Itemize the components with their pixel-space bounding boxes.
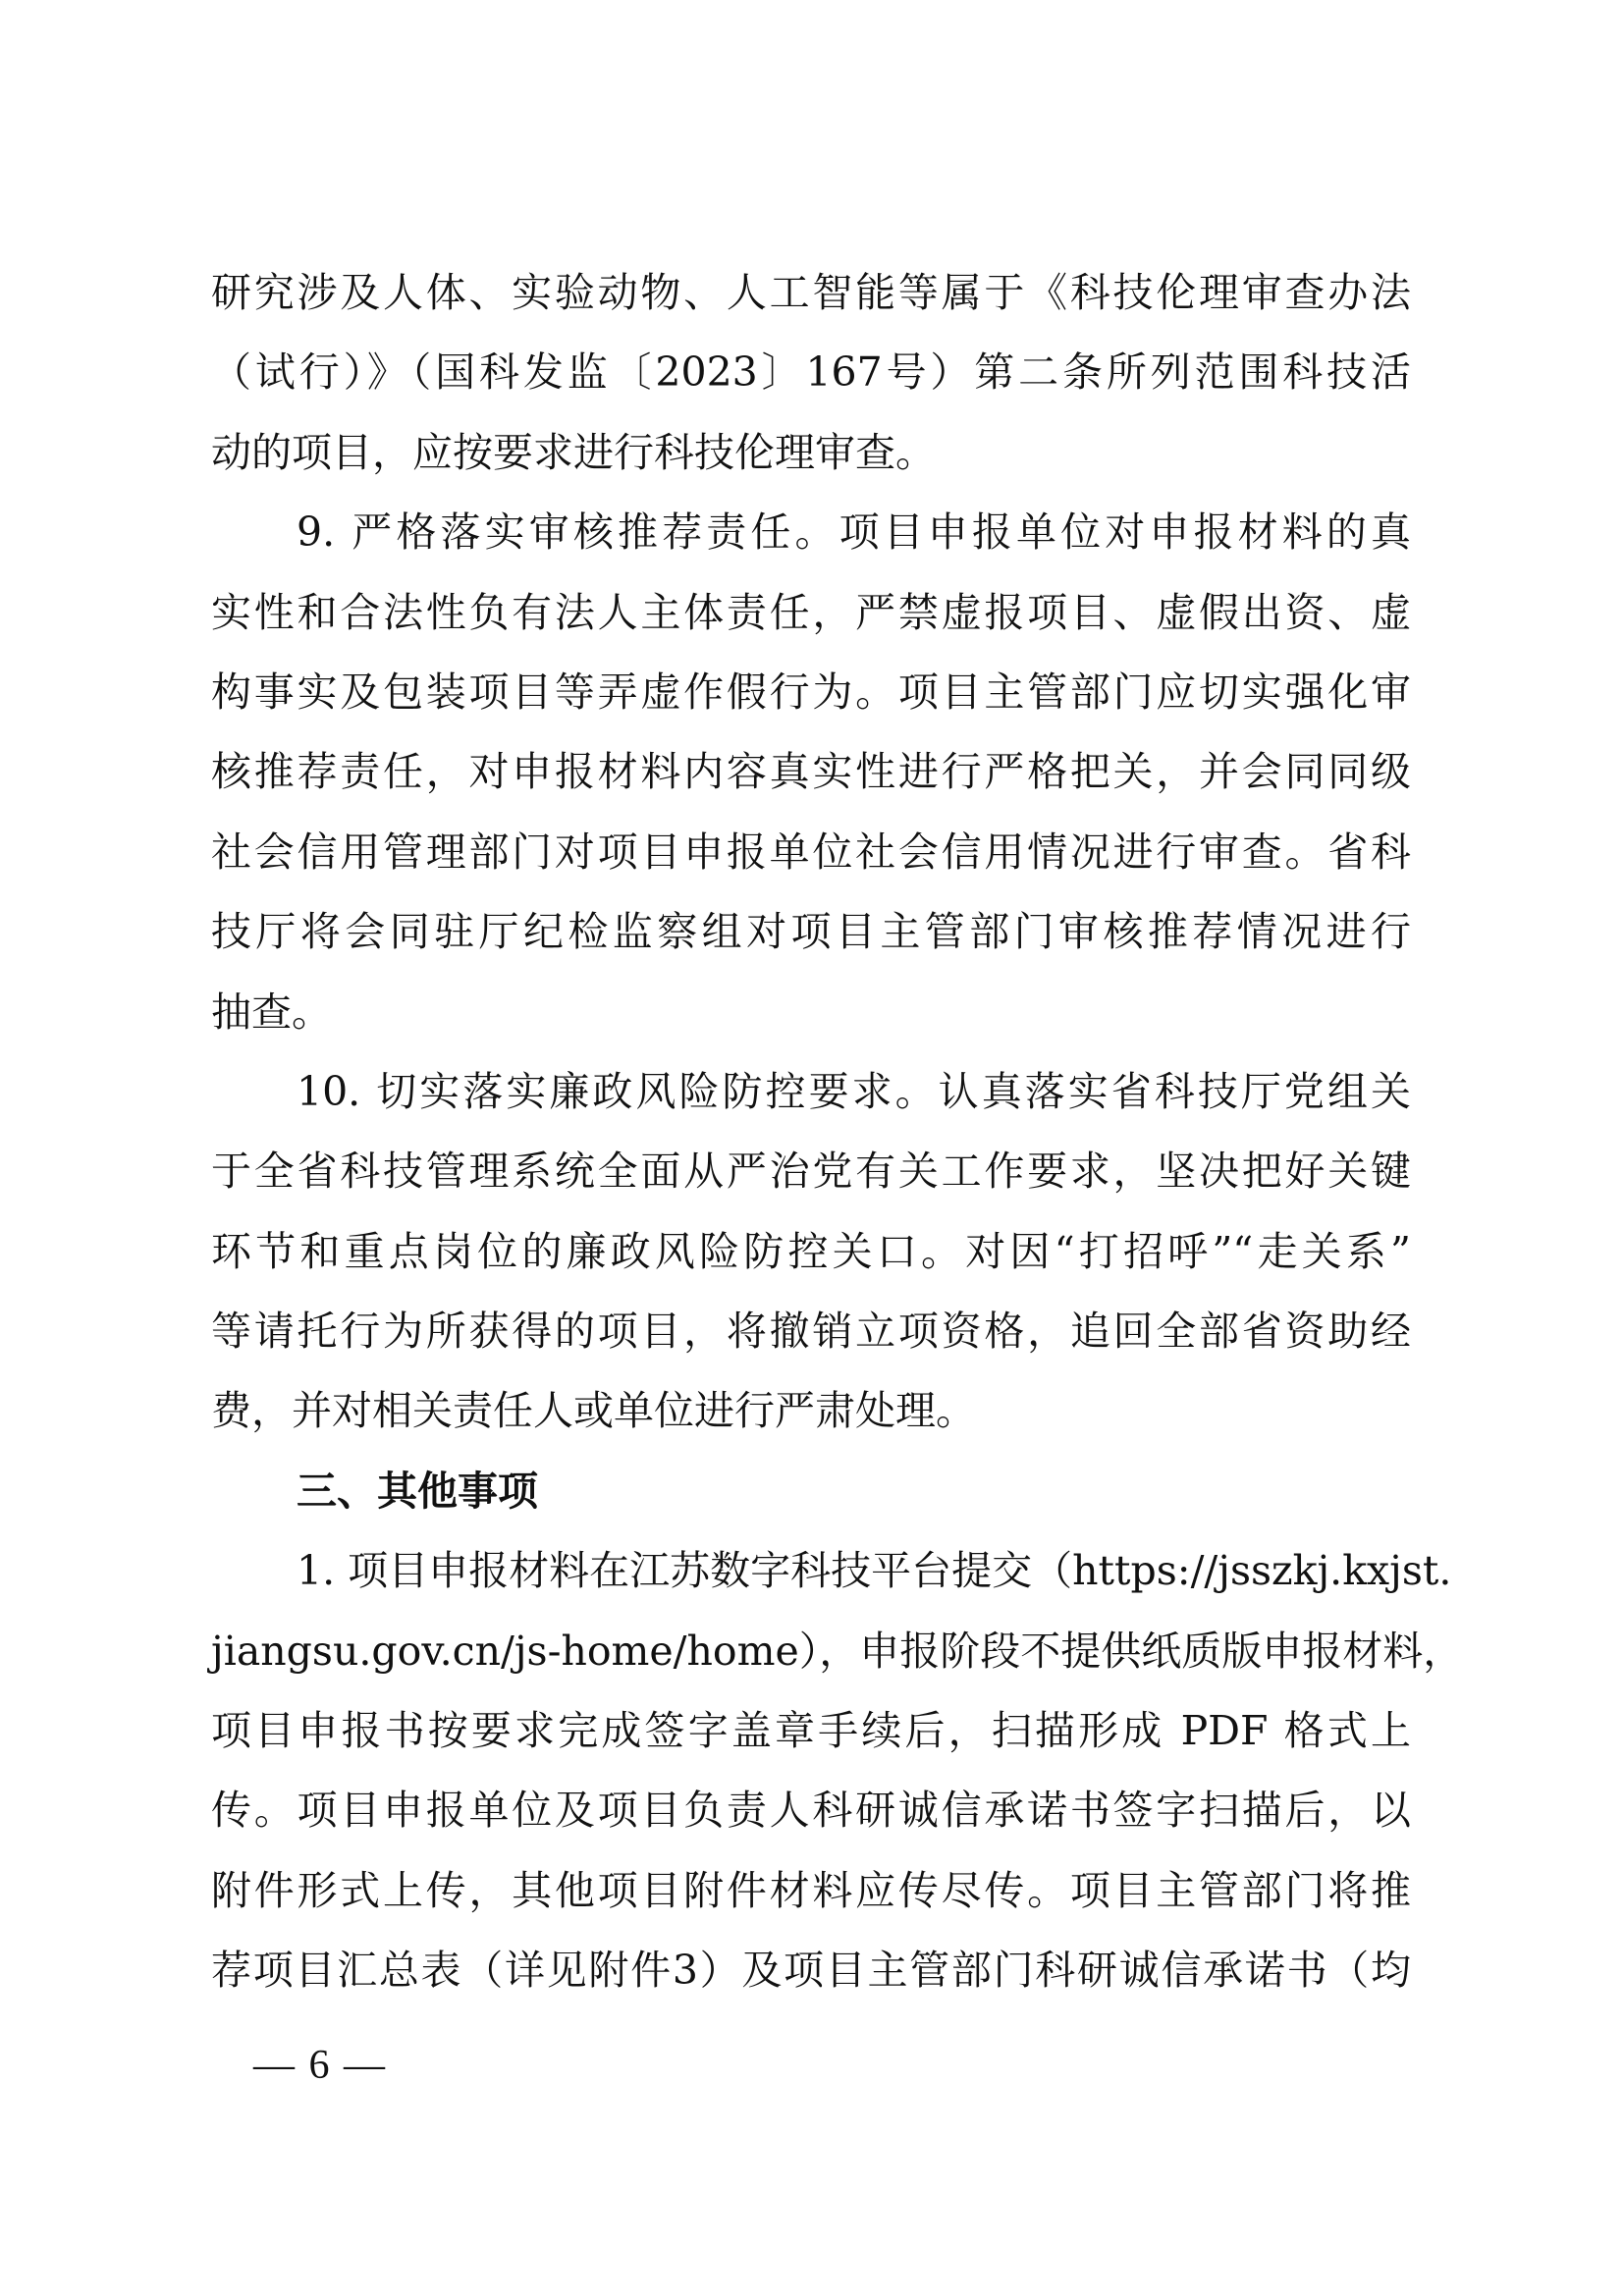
paragraph-9-start: 9. 严格落实审核推荐责任。项目申报单位对申报材料的真 <box>211 493 1411 572</box>
text-line: 构事实及包装项目等弄虚作假行为。项目主管部门应切实强化审 <box>211 653 1411 732</box>
text-line: 荐项目汇总表（详见附件3）及项目主管部门科研诚信承诺书（均 <box>211 1931 1411 2010</box>
text-line: 抽查。 <box>211 973 1411 1052</box>
document-page: 研究涉及人体、实验动物、人工智能等属于《科技伦理审查办法 （试行）》（国科发监〔… <box>0 0 1623 2296</box>
text-line: 核推荐责任，对申报材料内容真实性进行严格把关，并会同同级 <box>211 732 1411 812</box>
text-line: jiangsu.gov.cn/js-home/home），申报阶段不提供纸质版申… <box>211 1612 1411 1691</box>
text-line: 实性和合法性负有法人主体责任，严禁虚报项目、虚假出资、虚 <box>211 573 1411 653</box>
item-1-start: 1. 项目申报材料在江苏数字科技平台提交（https://jsszkj.kxjs… <box>211 1531 1411 1611</box>
text-line: 研究涉及人体、实验动物、人工智能等属于《科技伦理审查办法 <box>211 253 1411 333</box>
text-line: 传。项目申报单位及项目负责人科研诚信承诺书签字扫描后，以 <box>211 1771 1411 1850</box>
text-line: 附件形式上传，其他项目附件材料应传尽传。项目主管部门将推 <box>211 1851 1411 1931</box>
text-line: 动的项目，应按要求进行科技伦理审查。 <box>211 413 1411 493</box>
text-line: 环节和重点岗位的廉政风险防控关口。对因“打招呼”“走关系” <box>211 1212 1411 1292</box>
text-line: （试行）》（国科发监〔2023〕167号）第二条所列范围科技活 <box>211 333 1411 412</box>
document-body: 研究涉及人体、实验动物、人工智能等属于《科技伦理审查办法 （试行）》（国科发监〔… <box>211 253 1411 2011</box>
text-line: 等请托行为所获得的项目，将撤销立项资格，追回全部省资助经 <box>211 1292 1411 1371</box>
page-number: — 6 — <box>253 2042 387 2089</box>
text-line: 于全省科技管理系统全面从严治党有关工作要求，坚决把好关键 <box>211 1132 1411 1211</box>
text-line: 技厅将会同驻厅纪检监察组对项目主管部门审核推荐情况进行 <box>211 892 1411 972</box>
text-line: 项目申报书按要求完成签字盖章手续后，扫描形成 PDF 格式上 <box>211 1691 1411 1771</box>
text-line: 费，并对相关责任人或单位进行严肃处理。 <box>211 1371 1411 1451</box>
paragraph-10-start: 10. 切实落实廉政风险防控要求。认真落实省科技厅党组关 <box>211 1052 1411 1132</box>
text-line: 社会信用管理部门对项目申报单位社会信用情况进行审查。省科 <box>211 813 1411 892</box>
section-heading: 三、其他事项 <box>211 1452 1411 1531</box>
